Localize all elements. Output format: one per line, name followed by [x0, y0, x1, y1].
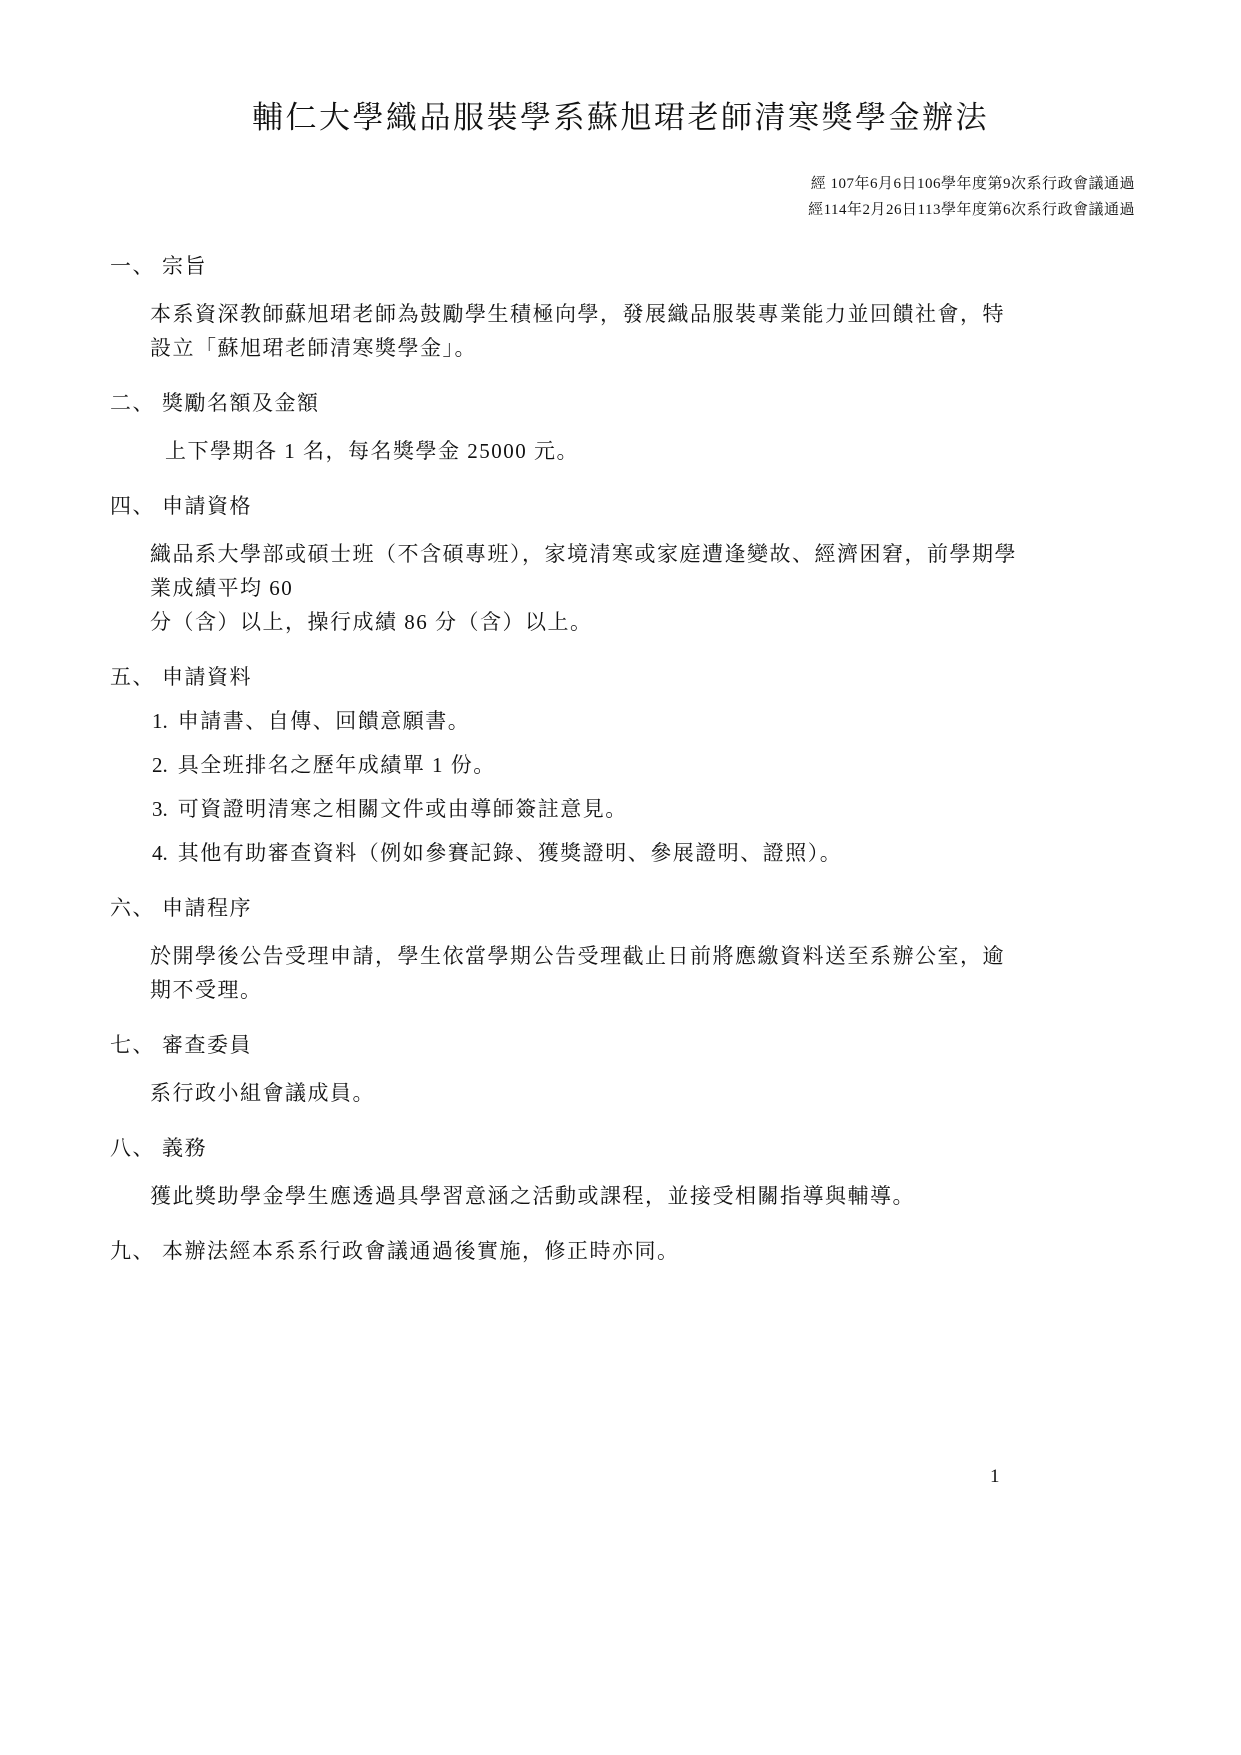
section-heading: 五、申請資料: [110, 660, 1129, 694]
section-purpose: 一、宗旨 本系資深教師蘇旭珺老師為鼓勵學生積極向學，發展織品服裝專業能力並回饋社…: [110, 249, 1129, 365]
section-number: 二、: [110, 391, 155, 415]
page-number: 1: [990, 1466, 1000, 1488]
revision-history: 經 107年6月6日106學年度第9次系行政會議通過 經114年2月26日113…: [0, 171, 1241, 224]
section-number: 四、: [110, 494, 155, 518]
list-item-number: 3.: [152, 797, 168, 821]
section-heading: 七、審查委員: [110, 1028, 1129, 1062]
section-heading: 四、申請資格: [110, 489, 1129, 523]
list-item: 2.具全班排名之歷年成績單 1 份。: [152, 748, 1129, 782]
revision-line: 經 107年6月6日106學年度第9次系行政會議通過: [0, 171, 1135, 197]
list-item-number: 2.: [152, 753, 168, 777]
section-title: 義務: [162, 1136, 207, 1160]
document-numbered-list: 1.申請書、自傳、回饋意願書。 2.具全班排名之歷年成績單 1 份。 3.可資證…: [152, 704, 1129, 870]
section-review-committee: 七、審查委員 系行政小組會議成員。: [110, 1028, 1129, 1110]
section-heading: 一、宗旨: [110, 249, 1129, 283]
section-title: 申請資料: [162, 665, 252, 689]
section-title: 審查委員: [162, 1033, 252, 1057]
section-number: 六、: [110, 896, 155, 920]
list-item: 4.其他有助審查資料（例如參賽記錄、獲獎證明、參展證明、證照）。: [152, 836, 1129, 870]
list-item-text: 其他有助審查資料（例如參賽記錄、獲獎證明、參展證明、證照）。: [178, 841, 843, 865]
list-item-text: 具全班排名之歷年成績單 1 份。: [178, 753, 496, 777]
list-item-number: 1.: [152, 709, 168, 733]
section-heading: 六、申請程序: [110, 891, 1129, 925]
section-application-documents: 五、申請資料 1.申請書、自傳、回饋意願書。 2.具全班排名之歷年成績單 1 份…: [110, 660, 1129, 870]
section-paragraph: 於開學後公告受理申請，學生依當學期公告受理截止日前將應繳資料送至系辦公室，逾 期…: [150, 939, 1129, 1007]
list-item: 3.可資證明清寒之相關文件或由導師簽註意見。: [152, 792, 1129, 826]
section-application-procedure: 六、申請程序 於開學後公告受理申請，學生依當學期公告受理截止日前將應繳資料送至系…: [110, 891, 1129, 1007]
section-enactment: 九、本辦法經本系系行政會議通過後實施，修正時亦同。: [110, 1234, 1129, 1268]
section-number: 一、: [110, 254, 155, 278]
list-item-text: 可資證明清寒之相關文件或由導師簽註意見。: [178, 797, 628, 821]
list-item-text: 申請書、自傳、回饋意願書。: [178, 709, 471, 733]
section-paragraph: 系行政小組會議成員。: [150, 1076, 1129, 1110]
document-body: 一、宗旨 本系資深教師蘇旭珺老師為鼓勵學生積極向學，發展織品服裝專業能力並回饋社…: [0, 224, 1241, 1268]
document-title: 輔仁大學織品服裝學系蘇旭珺老師清寒獎學金辦法: [0, 92, 1241, 137]
section-title: 申請程序: [162, 896, 252, 920]
section-number: 九、: [110, 1239, 155, 1263]
document-page: 輔仁大學織品服裝學系蘇旭珺老師清寒獎學金辦法 經 107年6月6日106學年度第…: [0, 0, 1241, 1755]
section-number: 五、: [110, 665, 155, 689]
section-paragraph: 上下學期各 1 名，每名獎學金 25000 元。: [165, 434, 1129, 468]
section-title: 本辦法經本系系行政會議通過後實施，修正時亦同。: [162, 1239, 680, 1263]
section-paragraph: 織品系大學部或碩士班（不含碩專班），家境清寒或家庭遭逢變故、經濟困窘，前學期學 …: [150, 537, 1129, 639]
section-title: 宗旨: [162, 254, 207, 278]
section-paragraph: 獲此獎助學金學生應透過具學習意涵之活動或課程，並接受相關指導與輔導。: [150, 1179, 1129, 1213]
section-heading: 八、義務: [110, 1131, 1129, 1165]
section-title: 獎勵名額及金額: [162, 391, 320, 415]
revision-line: 經114年2月26日113學年度第6次系行政會議通過: [0, 197, 1135, 223]
list-item-number: 4.: [152, 841, 168, 865]
section-paragraph: 本系資深教師蘇旭珺老師為鼓勵學生積極向學，發展織品服裝專業能力並回饋社會，特 設…: [150, 297, 1129, 365]
section-number: 七、: [110, 1033, 155, 1057]
section-title: 申請資格: [162, 494, 252, 518]
section-obligations: 八、義務 獲此獎助學金學生應透過具學習意涵之活動或課程，並接受相關指導與輔導。: [110, 1131, 1129, 1213]
section-quota-amount: 二、獎勵名額及金額 上下學期各 1 名，每名獎學金 25000 元。: [110, 386, 1129, 468]
section-heading: 二、獎勵名額及金額: [110, 386, 1129, 420]
list-item: 1.申請書、自傳、回饋意願書。: [152, 704, 1129, 738]
section-heading: 九、本辦法經本系系行政會議通過後實施，修正時亦同。: [110, 1234, 1129, 1268]
section-eligibility: 四、申請資格 織品系大學部或碩士班（不含碩專班），家境清寒或家庭遭逢變故、經濟困…: [110, 489, 1129, 639]
section-number: 八、: [110, 1136, 155, 1160]
